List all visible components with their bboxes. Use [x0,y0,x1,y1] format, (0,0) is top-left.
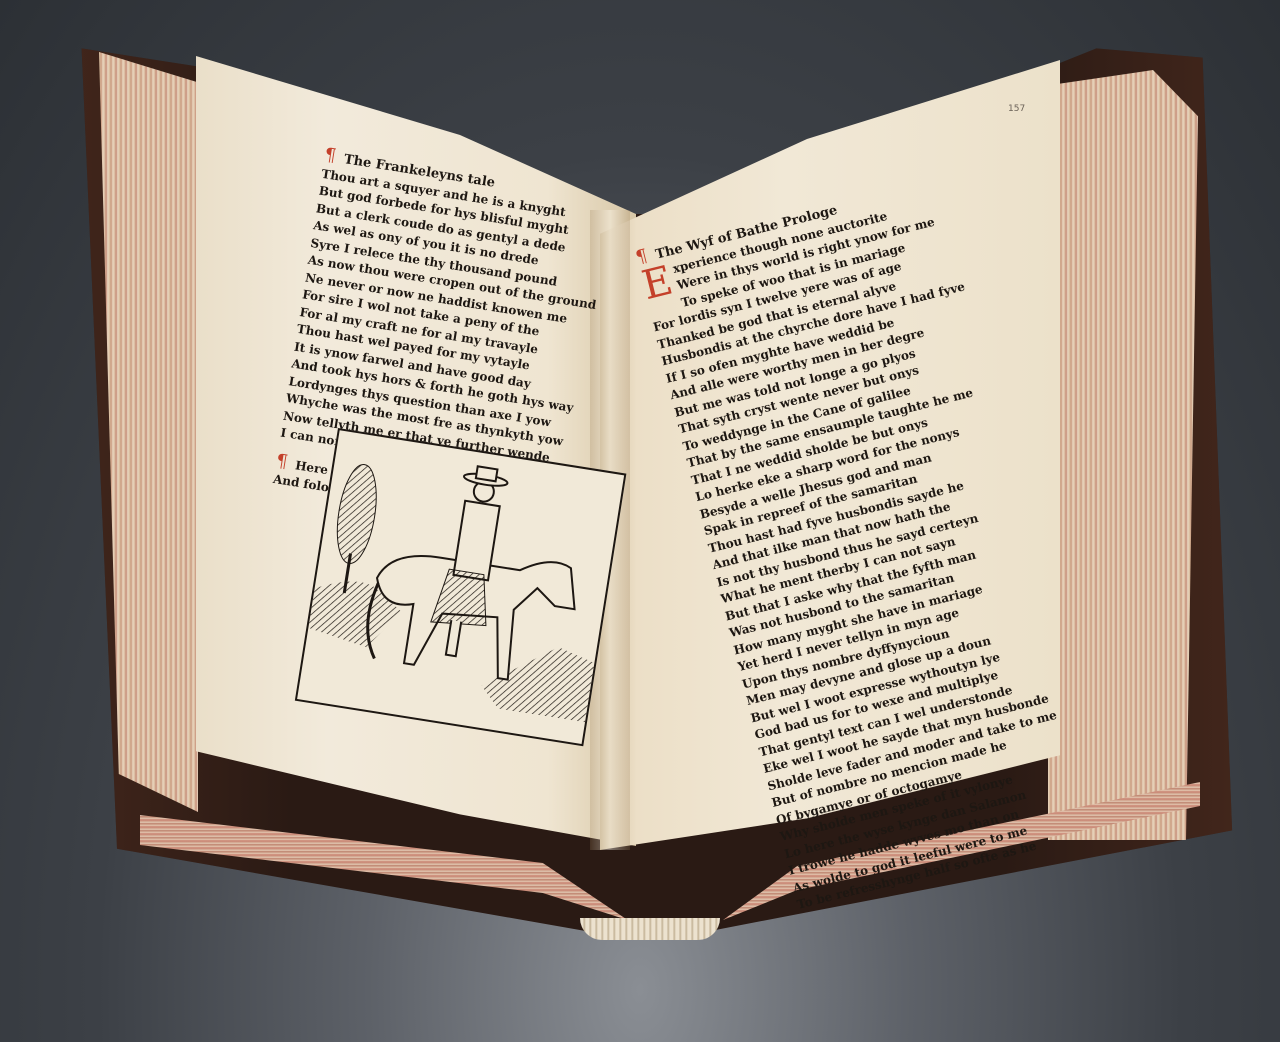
spine-sewing [580,918,720,940]
pencil-folio-number: 157 [1008,104,1025,114]
rider-on-horse-icon [297,430,624,744]
photo-scene: ¶ The Frankeleyns tale Thou art a squyer… [0,0,1280,1042]
pilcrow-icon: ¶ [275,450,290,473]
pilcrow-icon: ¶ [323,144,338,167]
woodcut-illustration [295,428,627,746]
